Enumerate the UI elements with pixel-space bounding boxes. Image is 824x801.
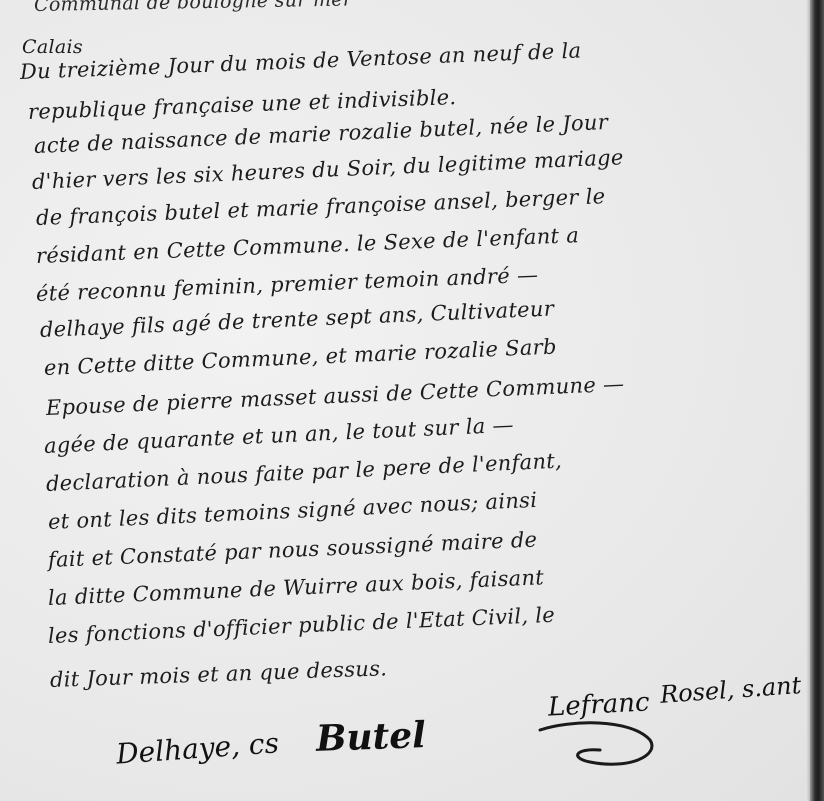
text-line-8: résidant en Cette Commune. le Sexe de l'… <box>36 223 580 268</box>
text-line-10: delhaye fils agé de trente sept ans, Cul… <box>39 296 554 342</box>
text-line-18: les fonctions d'officier public de l'Eta… <box>47 603 555 648</box>
text-line-12: Epouse de pierre masset aussi de Cette C… <box>45 372 624 420</box>
binding-gutter <box>810 0 824 801</box>
text-line-16: fait et Constaté par nous soussigné mair… <box>47 528 537 572</box>
text-line-11: en Cette ditte Commune, et marie rozalie… <box>43 335 557 380</box>
text-line-2: Calais <box>22 36 83 58</box>
signature-delhaye: Delhaye, cs <box>115 726 280 770</box>
signature-flourish-icon <box>520 700 680 780</box>
text-line-3: Du treizième Jour du mois de Ventose an … <box>20 38 582 84</box>
signature-rosel: Rosel, s.ant <box>659 671 802 709</box>
text-line-14: declaration à nous faite par le pere de … <box>45 449 562 496</box>
text-line-19: dit Jour mois et an que dessus. <box>50 656 388 692</box>
text-line-7: de françois butel et marie françoise ans… <box>36 184 606 230</box>
document-page: Communal de boulogne sur mer Calais Du t… <box>0 0 810 801</box>
text-line-13: agée de quarante et un an, le tout sur l… <box>43 413 514 458</box>
signature-butel: Butel <box>315 714 426 760</box>
text-line-17: la ditte Commune de Wuirre aux bois, fai… <box>47 565 544 610</box>
text-line-1: Communal de boulogne sur mer <box>34 0 353 16</box>
text-line-15: et ont les dits temoins signé avec nous;… <box>47 488 537 534</box>
